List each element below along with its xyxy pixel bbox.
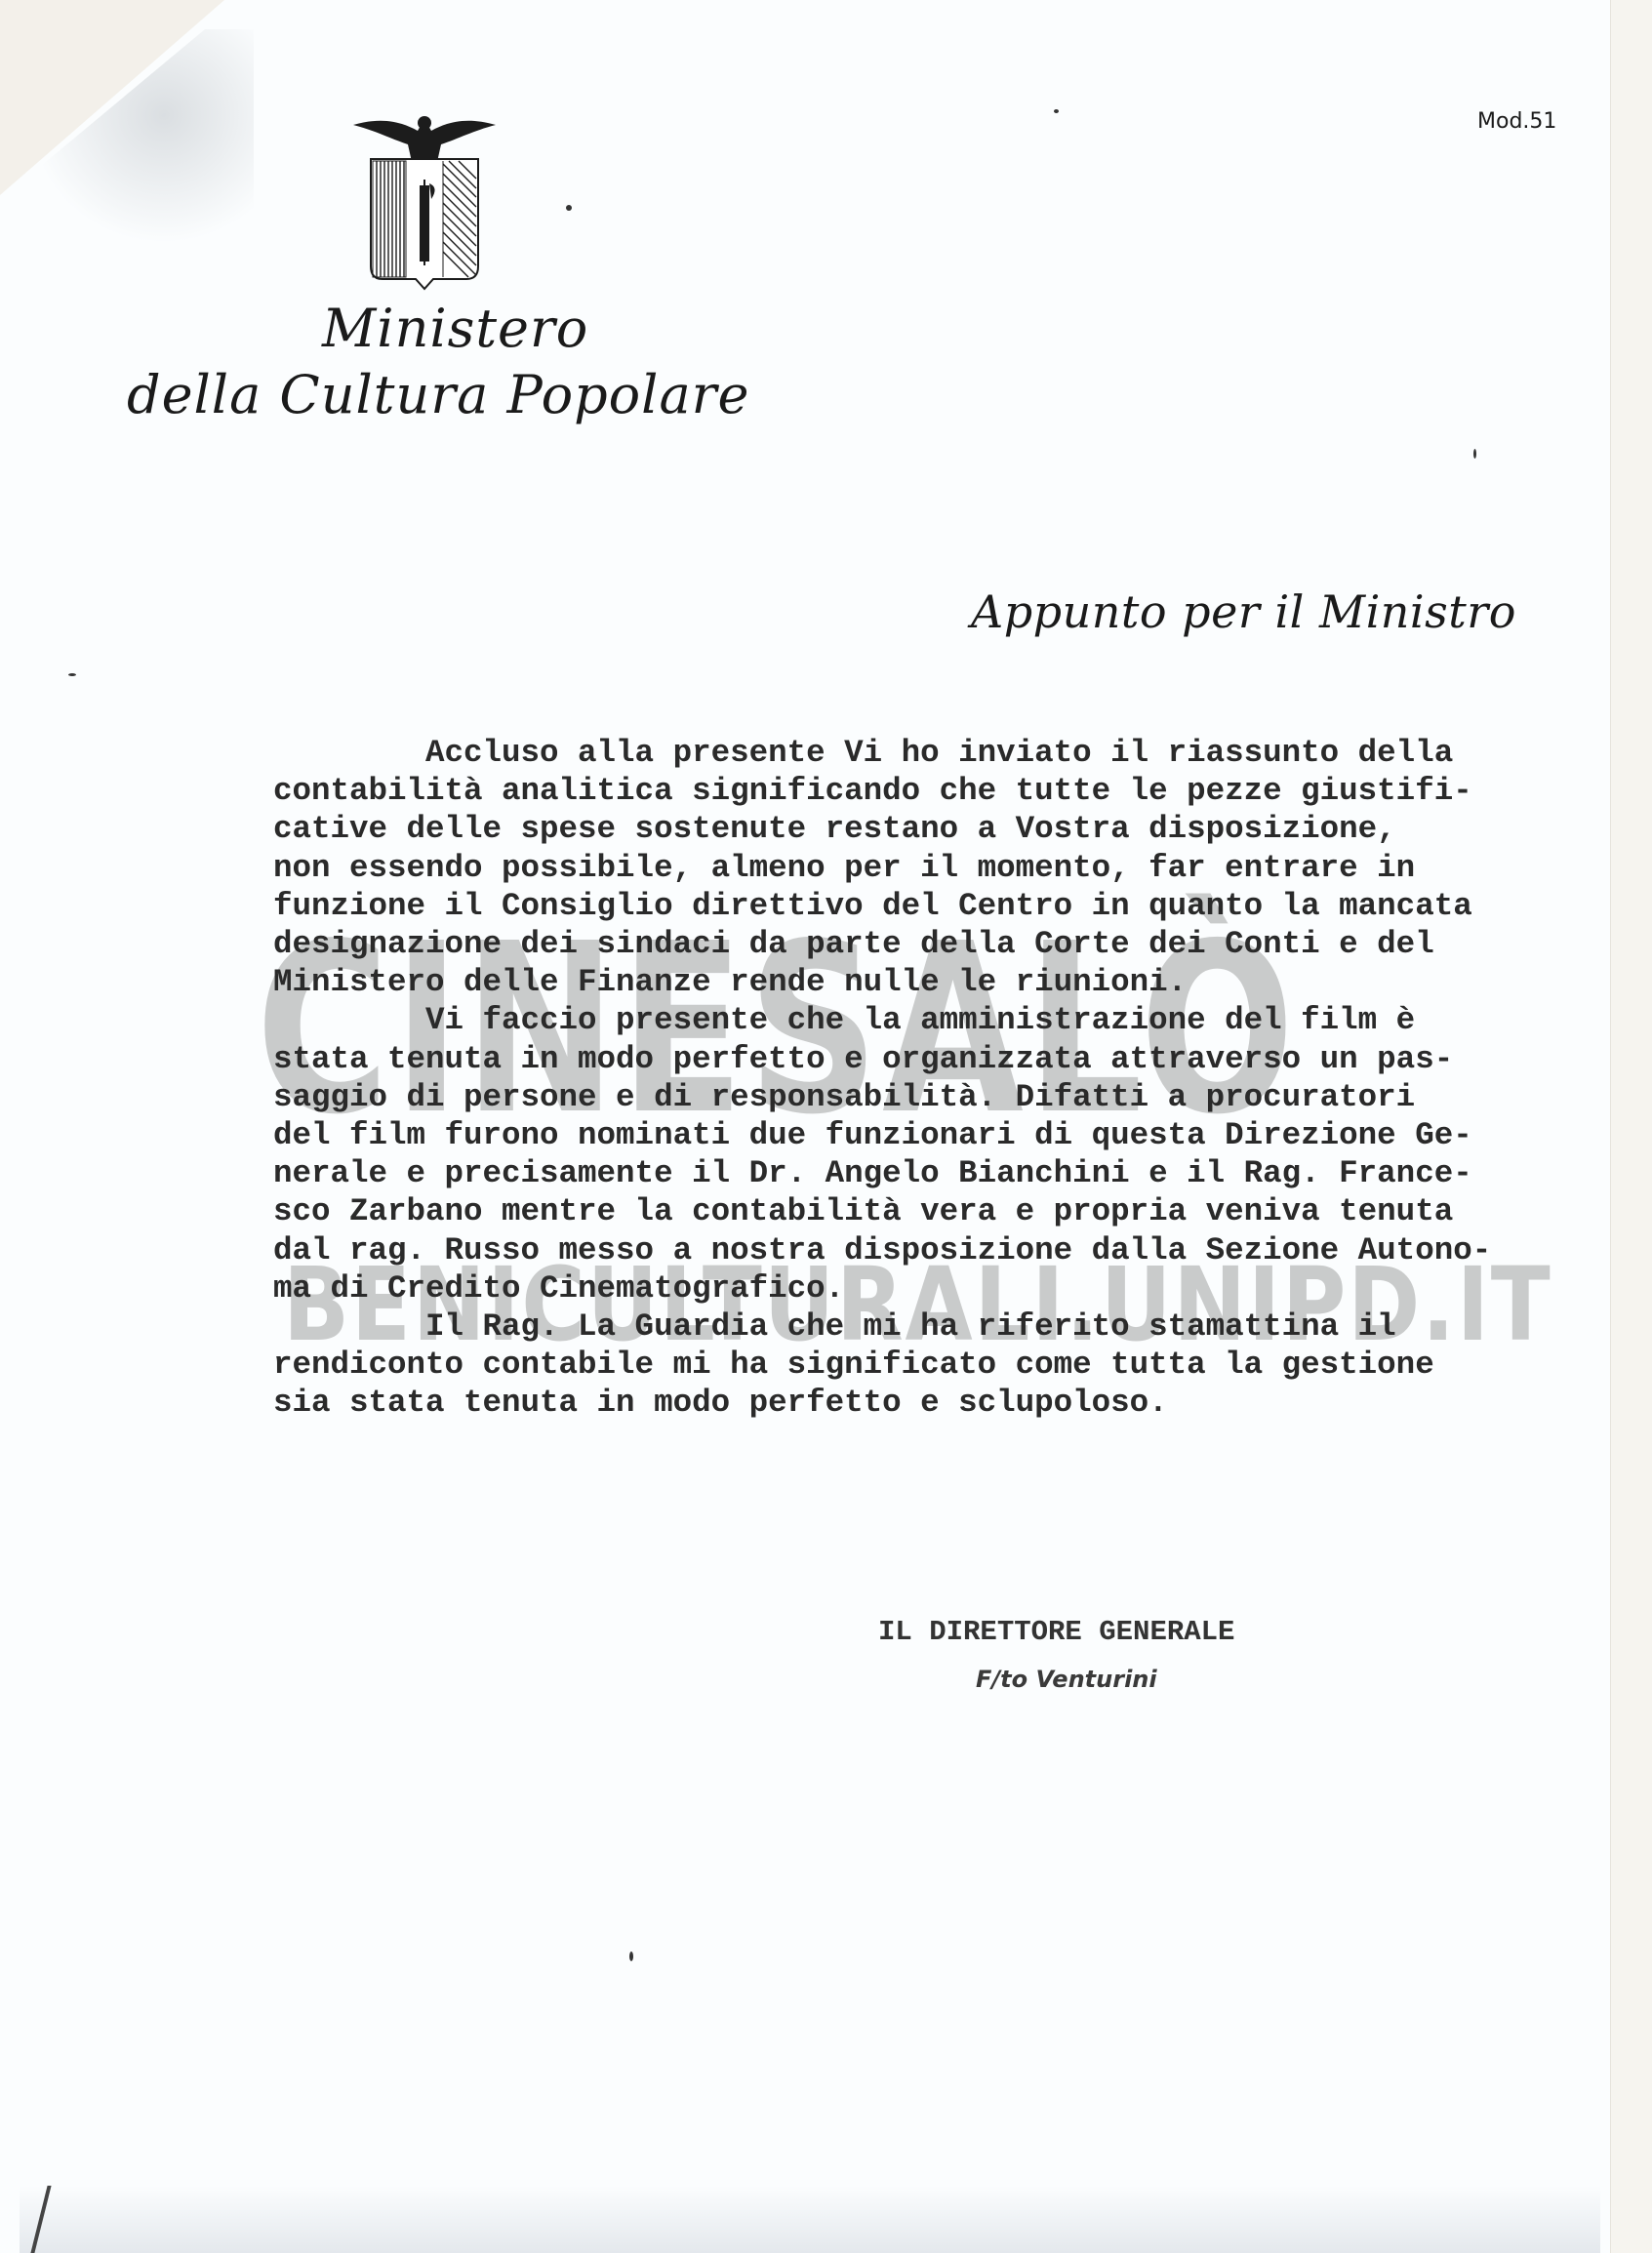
document-heading: Appunto per il Ministro: [971, 585, 1516, 638]
body-line: sco Zarbano mentre la contabilità vera e…: [273, 1192, 1561, 1230]
letter-body: Accluso alla presente Vi ho inviato il r…: [273, 734, 1561, 1423]
body-line: del film furono nominati due funzionari …: [273, 1116, 1561, 1154]
body-line: Accluso alla presente Vi ho inviato il r…: [273, 734, 1561, 772]
scan-bottom-stain: [20, 2186, 1600, 2253]
body-line: sia stata tenuta in modo perfetto e sclu…: [273, 1384, 1561, 1422]
scan-speck: [1473, 449, 1476, 459]
body-line: rendiconto contabile mi ha significato c…: [273, 1346, 1561, 1384]
form-code: Mod.51: [1477, 109, 1556, 134]
ministry-line-1: Ministero: [322, 302, 749, 355]
body-line: dal rag. Russo messo a nostra disposizio…: [273, 1231, 1561, 1269]
folded-corner-shadow: [29, 29, 254, 244]
signatory-title: IL DIRETTORE GENERALE: [878, 1616, 1234, 1648]
ministry-letterhead: Ministero della Cultura Popolare: [127, 302, 749, 422]
scan-speck: [566, 205, 572, 211]
scan-speck: [1054, 109, 1059, 113]
scan-speck: [629, 1951, 633, 1961]
body-line: ma di Credito Cinematografico.: [273, 1269, 1561, 1308]
body-line: nerale e precisamente il Dr. Angelo Bian…: [273, 1154, 1561, 1192]
body-line: contabilità analitica significando che t…: [273, 772, 1561, 810]
scan-speck: [68, 673, 76, 676]
body-line: funzione il Consiglio direttivo del Cent…: [273, 887, 1561, 925]
signatory-name: F/to Venturini: [976, 1666, 1234, 1693]
body-line: Ministero delle Finanze rende nulle le r…: [273, 963, 1561, 1001]
body-line: Il Rag. La Guardia che mi ha riferito st…: [273, 1308, 1561, 1346]
body-line: stata tenuta in modo perfetto e organizz…: [273, 1040, 1561, 1078]
eagle-shield-emblem-icon: [351, 105, 498, 291]
body-line: cative delle spese sostenute restano a V…: [273, 810, 1561, 848]
signature-block: IL DIRETTORE GENERALE F/to Venturini: [878, 1616, 1234, 1693]
ministry-line-2: della Cultura Popolare: [127, 369, 749, 422]
body-line: designazione dei sindaci da parte della …: [273, 925, 1561, 963]
body-line: non essendo possibile, almeno per il mom…: [273, 849, 1561, 887]
scan-margin: [1610, 0, 1652, 2253]
body-line: saggio di persone e di responsabilità. D…: [273, 1078, 1561, 1116]
body-line: Vi faccio presente che la amministrazion…: [273, 1001, 1561, 1039]
